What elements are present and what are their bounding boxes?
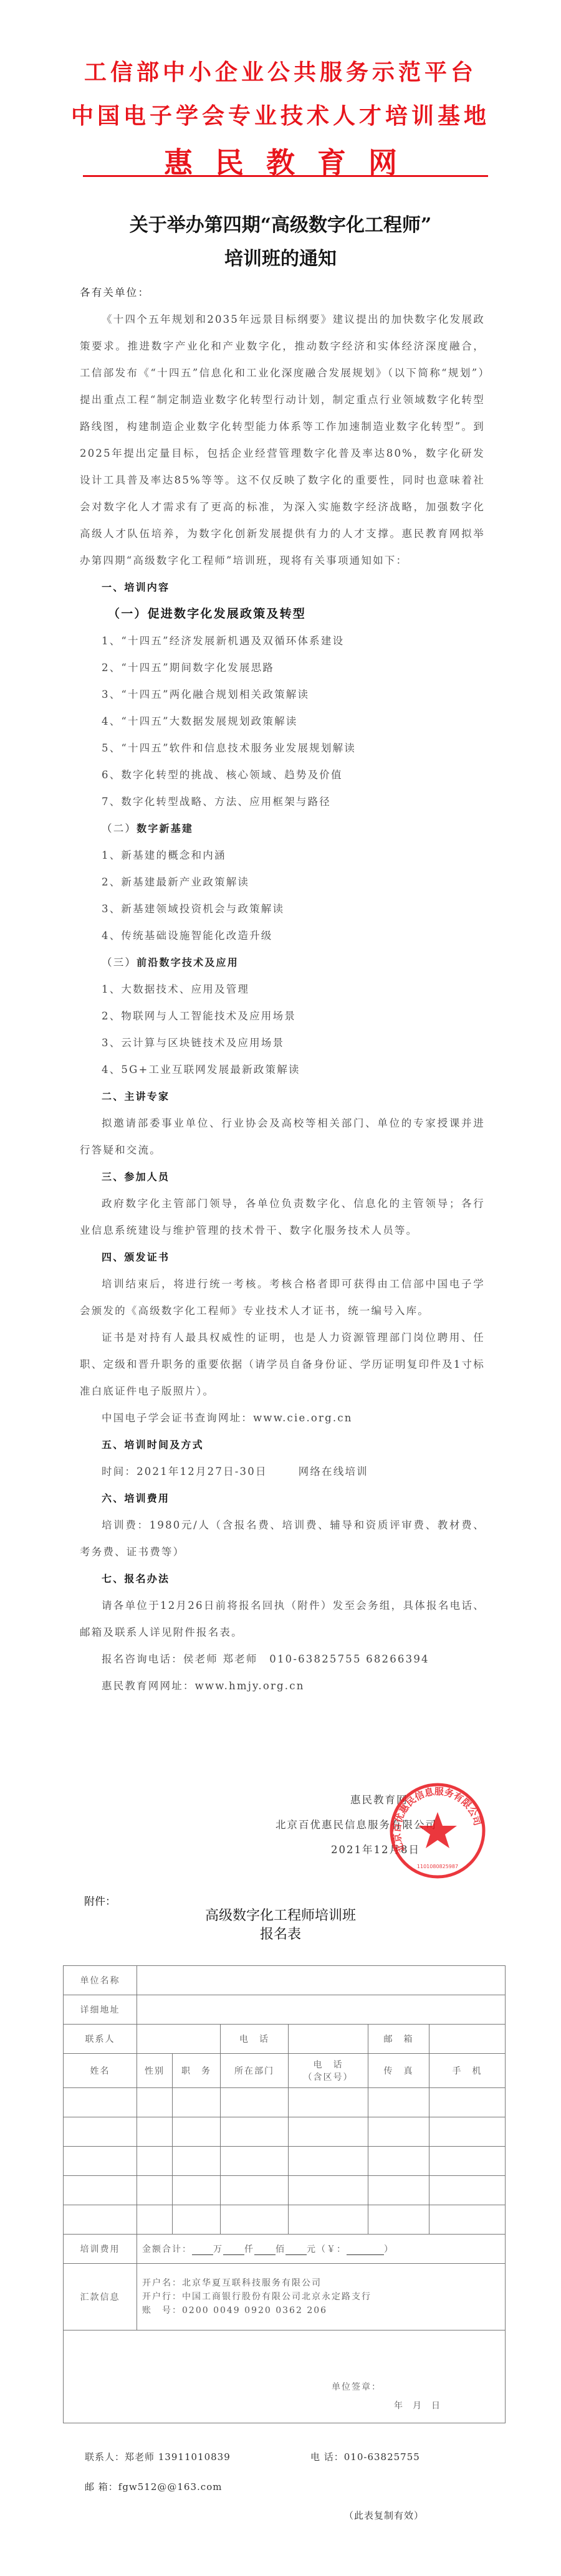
cell[interactable]	[137, 2117, 173, 2147]
fee-row: 培训费用 金额合计：万仟佰元（￥：）	[64, 2235, 506, 2264]
fee-label: 培训费用	[64, 2235, 137, 2264]
cell[interactable]	[137, 2147, 173, 2176]
participant-row	[64, 2088, 506, 2117]
subsection-title: 数字新基建	[137, 823, 193, 834]
blank-wan[interactable]	[192, 2246, 213, 2255]
column-header-phone-label: 电 话	[289, 2058, 368, 2071]
list-item: 4、“十四五”大数据发展规划政策解读	[80, 708, 485, 735]
remit-account-number: 账 号：0200 0049 0920 0362 206	[142, 2304, 505, 2317]
list-item: 2、“十四五”期间数字化发展思路	[80, 654, 485, 681]
cell[interactable]	[429, 2088, 506, 2117]
participant-row	[64, 2117, 506, 2147]
cell[interactable]	[173, 2147, 221, 2176]
cell[interactable]	[289, 2205, 368, 2235]
notice-body: 各有关单位： 《十四个五年规划和2035年远景目标纲要》建议提出的加快数字化发展…	[80, 279, 485, 1699]
cell[interactable]	[173, 2176, 221, 2205]
list-item: 6、数字化转型的挑战、核心领域、趋势及价值	[80, 761, 485, 788]
cell[interactable]	[221, 2176, 289, 2205]
list-item: 3、新基建领域投资机会与政策解读	[80, 895, 485, 922]
fee-prefix: 金额合计：	[142, 2244, 192, 2254]
cell[interactable]	[137, 2088, 173, 2117]
subsection-title: 前沿数字技术及应用	[137, 956, 239, 968]
cell[interactable]	[429, 2176, 506, 2205]
list-item: 4、传统基础设施智能化改造升级	[80, 922, 485, 949]
footer-note: （此表复制有效）	[237, 2509, 424, 2522]
document-title-line-2: 培训班的通知	[0, 243, 561, 270]
cell[interactable]	[289, 2147, 368, 2176]
cell[interactable]	[64, 2205, 137, 2235]
cell[interactable]	[289, 2176, 368, 2205]
email-label: 邮 箱	[368, 2025, 429, 2054]
contact-field[interactable]	[137, 2025, 221, 2054]
section-heading-fees: 六、培训费用	[80, 1485, 485, 1512]
cell[interactable]	[289, 2117, 368, 2147]
list-item: 2、新基建最新产业政策解读	[80, 869, 485, 895]
column-header-mobile: 手 机	[429, 2054, 506, 2088]
subsection-heading-infrastructure: （二）数字新基建	[80, 815, 485, 842]
fee-close: ）	[384, 2244, 394, 2254]
cell[interactable]	[368, 2205, 429, 2235]
training-time: 时间：2021年12月27日-30日	[102, 1466, 267, 1477]
cell[interactable]	[429, 2205, 506, 2235]
unit-signature-label: 单位签章：	[332, 2380, 381, 2393]
cell[interactable]	[289, 2088, 368, 2117]
greeting: 各有关单位：	[80, 279, 485, 306]
cell[interactable]	[429, 2147, 506, 2176]
unit-name-label: 单位名称	[64, 1966, 137, 1995]
certificate-paragraph-2: 证书是对持有人最具权威性的证明，也是人力资源管理部门岗位聘用、任职、定级和晋升职…	[80, 1324, 485, 1405]
footer-email[interactable]: 邮 箱：fgw512@@163.com	[85, 2480, 222, 2493]
footer-contact: 联系人：郑老师 13911010839	[85, 2450, 231, 2463]
unit-signature-area[interactable]: 单位签章： 年月日	[64, 2330, 506, 2423]
subsection-prefix: （三）	[102, 956, 137, 968]
letterhead-divider	[83, 175, 488, 177]
list-item: 5、“十四五”软件和信息技术服务业发展规划解读	[80, 735, 485, 761]
cell[interactable]	[64, 2088, 137, 2117]
subsection-prefix: （二）	[102, 823, 137, 834]
section-heading-certificate: 四、颁发证书	[80, 1244, 485, 1271]
cell[interactable]	[368, 2176, 429, 2205]
certificate-query-url[interactable]: 中国电子学会证书查询网址：www.cie.org.cn	[80, 1405, 485, 1431]
cell[interactable]	[368, 2117, 429, 2147]
list-item: 3、“十四五”两化融合规划相关政策解读	[80, 681, 485, 708]
list-item: 3、云计算与区块链技术及应用场景	[80, 1029, 485, 1056]
document-title-line-1: 关于举办第四期“高级数字化工程师”	[0, 209, 561, 237]
column-header-gender: 性别	[137, 2054, 173, 2088]
column-header-phone-note: （含区号）	[289, 2071, 368, 2083]
unit-qian: 仟	[244, 2244, 254, 2254]
cell[interactable]	[137, 2205, 173, 2235]
section-heading-participants: 三、参加人员	[80, 1163, 485, 1190]
registration-form-table: 单位名称 详细地址 联系人 电 话 邮 箱 姓名 性别 职 务 所在部门 电 话…	[63, 1965, 506, 2423]
address-label: 详细地址	[64, 1995, 137, 2025]
column-header-phone: 电 话（含区号）	[289, 2054, 368, 2088]
list-item: 4、5G+工业互联网发展最新政策解读	[80, 1056, 485, 1083]
section-heading-content: 一、培训内容	[80, 574, 485, 601]
cell[interactable]	[429, 2117, 506, 2147]
participant-row	[64, 2176, 506, 2205]
section-heading-experts: 二、主讲专家	[80, 1083, 485, 1110]
cell[interactable]	[368, 2088, 429, 2117]
address-row: 详细地址	[64, 1995, 506, 2025]
cell[interactable]	[173, 2117, 221, 2147]
cell[interactable]	[221, 2147, 289, 2176]
signature-row: 单位签章： 年月日	[64, 2330, 506, 2423]
remit-label: 汇款信息	[64, 2264, 137, 2330]
remit-bank: 开户行：中国工商银行股份有限公司北京永定路支行	[142, 2290, 505, 2304]
column-header-fax: 传 真	[368, 2054, 429, 2088]
contact-label: 联系人	[64, 2025, 137, 2054]
blank-total[interactable]	[347, 2246, 384, 2255]
experts-paragraph: 拟邀请部委事业单位、行业协会及高校等相关部门、单位的专家授课并进行答疑和交流。	[80, 1110, 485, 1163]
blank-bai[interactable]	[254, 2246, 276, 2255]
list-item: 1、“十四五”经济发展新机遇及双循环体系建设	[80, 627, 485, 654]
cell[interactable]	[173, 2205, 221, 2235]
stamp-number: 1101080825987	[417, 1864, 458, 1869]
unit-name-row: 单位名称	[64, 1966, 506, 1995]
registration-paragraph: 请各单位于12月26日前将报名回执（附件）发至会务组，具体报名电话、邮箱及联系人…	[80, 1592, 485, 1646]
participants-paragraph: 政府数字化主管部门领导，各单位负责数字化、信息化的主管领导；各行业信息系统建设与…	[80, 1190, 485, 1244]
section-heading-registration: 七、报名办法	[80, 1565, 485, 1592]
cell[interactable]	[64, 2117, 137, 2147]
subsection-heading-frontier-tech: （三）前沿数字技术及应用	[80, 949, 485, 976]
participant-row	[64, 2147, 506, 2176]
column-header-department: 所在部门	[221, 2054, 289, 2088]
fee-amount-field[interactable]: 金额合计：万仟佰元（￥：）	[137, 2235, 506, 2264]
email-field[interactable]	[429, 2025, 506, 2054]
phone-field[interactable]	[289, 2025, 368, 2054]
registration-phone: 报名咨询电话：侯老师 郑老师 010-63825755 68266394	[80, 1646, 485, 1672]
subsection-heading-policy: （一）促进数字化发展政策及转型	[80, 601, 485, 627]
contact-row: 联系人 电 话 邮 箱	[64, 2025, 506, 2054]
unit-bai: 佰	[276, 2244, 285, 2254]
certificate-paragraph-1: 培训结束后，将进行统一考核。考核合格者即可获得由工信部中国电子学会颁发的《高级数…	[80, 1271, 485, 1324]
unit-name-field[interactable]	[137, 1966, 506, 1995]
form-title-line-2: 报名表	[0, 1925, 561, 1944]
list-item: 2、物联网与人工智能技术及应用场景	[80, 1003, 485, 1029]
intro-paragraph: 《十四个五年规划和2035年远景目标纲要》建议提出的加快数字化发展政策要求。推进…	[80, 306, 485, 574]
footer-phone: 电 话：010-63825755	[310, 2450, 420, 2463]
fees-paragraph: 培训费：1980元/人（含报名费、培训费、辅导和资质评审费、教材费、考务费、证书…	[80, 1512, 485, 1565]
list-item: 7、数字化转型战略、方法、应用框架与路径	[80, 788, 485, 815]
attachment-label: 附件：	[84, 1892, 116, 1908]
remit-account-name: 开户名：北京华夏互联科技服务有限公司	[142, 2276, 505, 2290]
blank-yuan[interactable]	[285, 2246, 307, 2255]
unit-wan: 万	[213, 2244, 223, 2254]
participant-row	[64, 2205, 506, 2235]
column-header-name: 姓名	[64, 2054, 137, 2088]
letterhead-line-1: 工信部中小企业公共服务示范平台	[0, 55, 561, 87]
list-item: 1、大数据技术、应用及管理	[80, 976, 485, 1003]
cell[interactable]	[64, 2147, 137, 2176]
letterhead-line-2: 中国电子学会专业技术人才培训基地	[0, 98, 561, 130]
cell[interactable]	[137, 2176, 173, 2205]
section-heading-schedule: 五、培训时间及方式	[80, 1431, 485, 1458]
official-seal-icon: 北京百优惠民信息服务有限公司 1101080825987	[388, 1781, 487, 1881]
training-mode: 网络在线培训	[299, 1466, 368, 1477]
list-item: 1、新基建的概念和内涵	[80, 842, 485, 869]
website-url[interactable]: 惠民教育网网址：www.hmjy.org.cn	[80, 1672, 485, 1699]
cell[interactable]	[221, 2205, 289, 2235]
cell[interactable]	[368, 2147, 429, 2176]
participant-header-row: 姓名 性别 职 务 所在部门 电 话（含区号） 传 真 手 机	[64, 2054, 506, 2088]
address-field[interactable]	[137, 1995, 506, 2025]
form-title-line-1: 高级数字化工程师培训班	[0, 1907, 561, 1925]
signature-date-label: 年月日	[394, 2399, 450, 2411]
column-header-position: 职 务	[173, 2054, 221, 2088]
cell[interactable]	[221, 2117, 289, 2147]
cell[interactable]	[221, 2088, 289, 2117]
cell[interactable]	[173, 2088, 221, 2117]
phone-label: 电 话	[221, 2025, 289, 2054]
unit-yuan: 元（￥：	[307, 2244, 347, 2254]
cell[interactable]	[64, 2176, 137, 2205]
schedule-line: 时间：2021年12月27日-30日网络在线培训	[80, 1458, 485, 1485]
remit-row: 汇款信息 开户名：北京华夏互联科技服务有限公司 开户行：中国工商银行股份有限公司…	[64, 2264, 506, 2330]
remit-info: 开户名：北京华夏互联科技服务有限公司 开户行：中国工商银行股份有限公司北京永定路…	[137, 2264, 506, 2330]
blank-qian[interactable]	[223, 2246, 244, 2255]
